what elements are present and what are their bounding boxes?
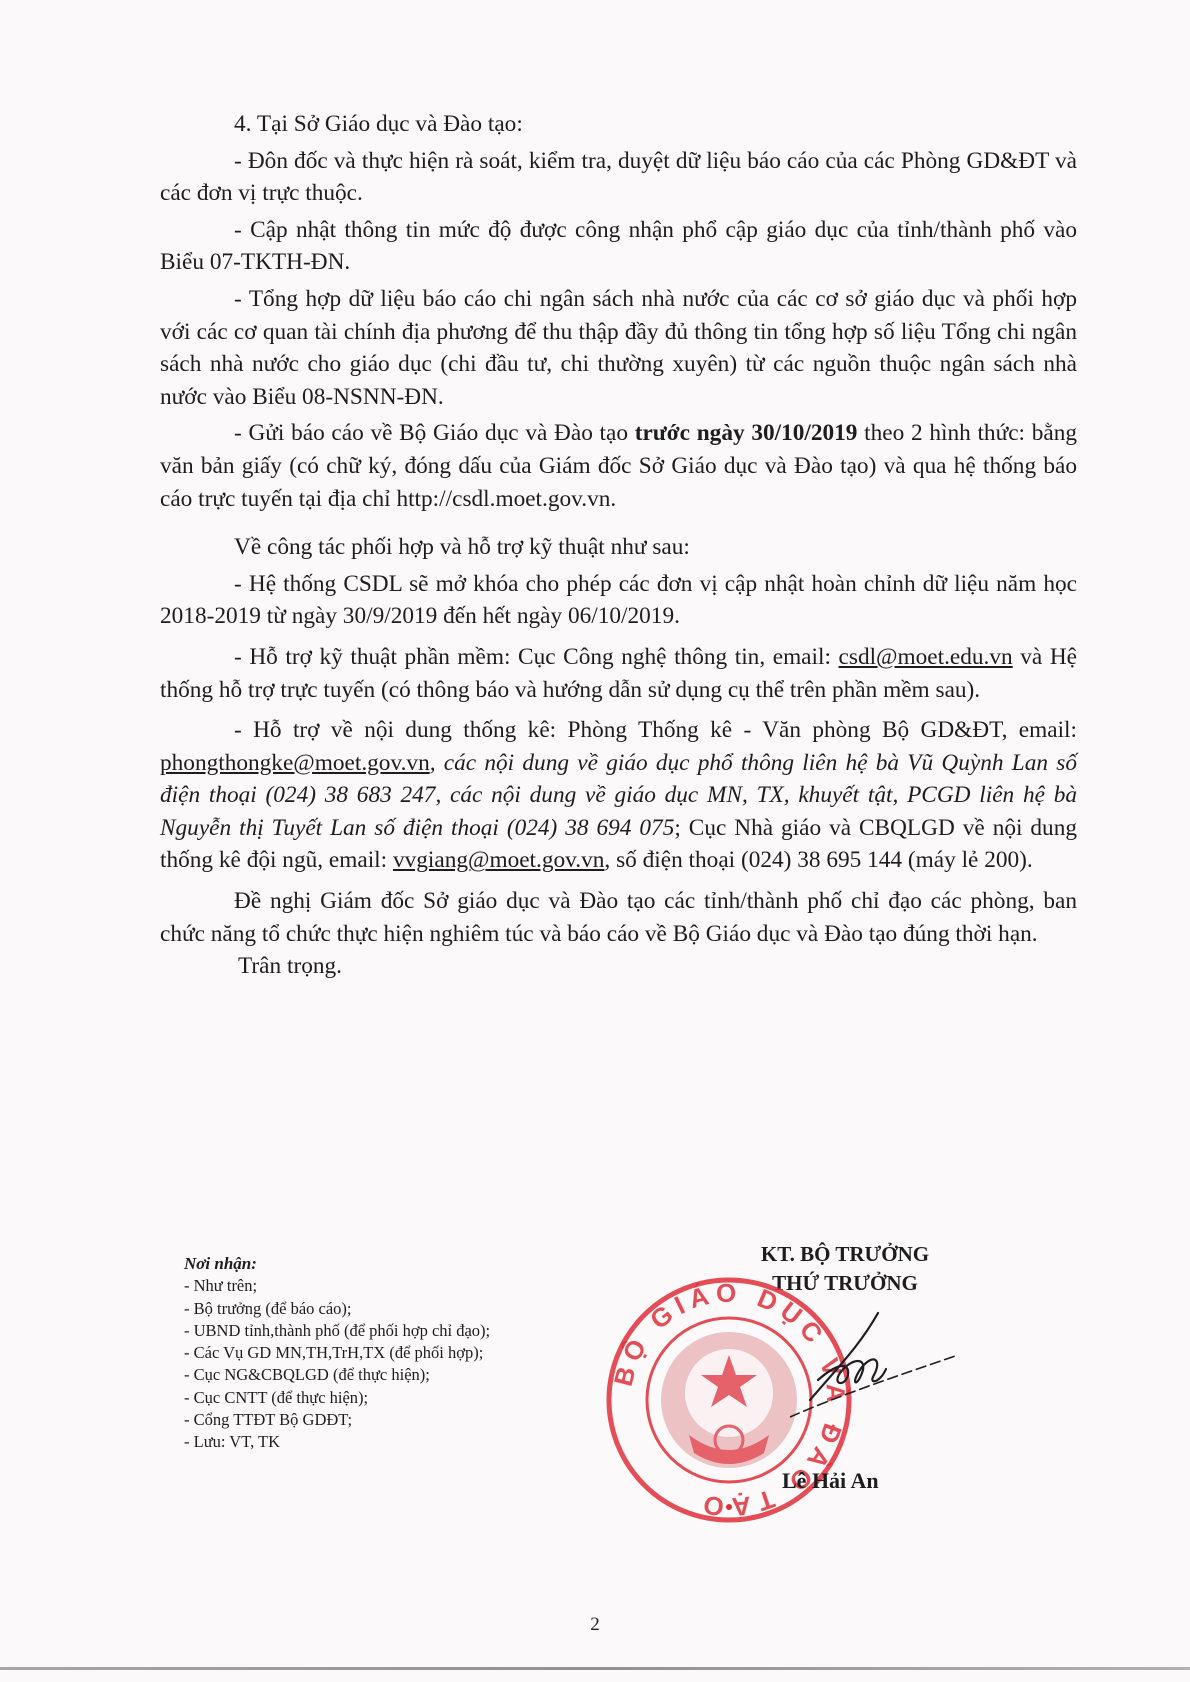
recipient-item: - UBND tỉnh,thành phố (để phối hợp chỉ đ… xyxy=(184,1320,490,1342)
paragraph-statistics-support: - Hỗ trợ về nội dung thống kê: Phòng Thố… xyxy=(160,714,1077,877)
paragraph-submit-report: - Gửi báo cáo về Bộ Giáo dục và Đào tạo … xyxy=(160,417,1077,515)
bottom-edge-rule xyxy=(0,1667,1190,1670)
deadline-text: trước ngày 30/10/2019 xyxy=(635,420,858,446)
recipient-item: - Cục CNTT (để thực hiện); xyxy=(184,1387,490,1409)
recipient-item: - Cục NG&CBQLGD (để thực hiện); xyxy=(184,1364,490,1386)
paragraph-review-data: - Đôn đốc và thực hiện rà soát, kiểm tra… xyxy=(160,145,1077,210)
signer-title-line1: KT. BỘ TRƯỞNG xyxy=(700,1240,990,1269)
paragraph-budget-summary: - Tổng hợp dữ liệu báo cáo chi ngân sách… xyxy=(160,283,1077,413)
email-link-csdl[interactable]: csdl@moet.edu.vn xyxy=(839,644,1013,670)
document-body: 4. Tại Sở Giáo dục và Đào tạo: - Đôn đốc… xyxy=(160,108,1077,983)
paragraph-csdl-unlock: - Hệ thống CSDL sẽ mở khóa cho phép các … xyxy=(160,568,1077,633)
page-number: 2 xyxy=(0,1614,1190,1636)
recipients-block: Nơi nhận: - Như trên; - Bộ trưởng (để bá… xyxy=(184,1253,490,1454)
signer-name: Lê Hải An xyxy=(782,1468,879,1494)
recipient-item: - Các Vụ GD MN,TH,TrH,TX (để phối hợp); xyxy=(184,1342,490,1364)
paragraph-coordination-intro: Về công tác phối hợp và hỗ trợ kỹ thuật … xyxy=(160,531,1077,564)
recipients-title: Nơi nhận: xyxy=(184,1253,490,1275)
closing-text: Trân trọng. xyxy=(160,950,1077,983)
email-link-phongthongke[interactable]: phongthongke@moet.gov.vn xyxy=(160,750,430,776)
section-heading: 4. Tại Sở Giáo dục và Đào tạo: xyxy=(160,108,1077,141)
handwritten-signature-icon xyxy=(790,1305,960,1435)
paragraph-update-universalization: - Cập nhật thông tin mức độ được công nh… xyxy=(160,214,1077,279)
paragraph-software-support: - Hỗ trợ kỹ thuật phần mềm: Cục Công ngh… xyxy=(160,641,1077,706)
email-link-vvgiang[interactable]: vvgiang@moet.gov.vn xyxy=(393,847,604,873)
paragraph-request: Đề nghị Giám đốc Sở giáo dục và Đào tạo … xyxy=(160,885,1077,950)
recipient-item: - Lưu: VT, TK xyxy=(184,1431,490,1453)
recipient-item: - Như trên; xyxy=(184,1275,490,1297)
recipient-item: - Bộ trưởng (để báo cáo); xyxy=(184,1298,490,1320)
document-page: 4. Tại Sở Giáo dục và Đào tạo: - Đôn đốc… xyxy=(0,0,1190,1682)
recipient-item: - Cổng TTĐT Bộ GDĐT; xyxy=(184,1409,490,1431)
